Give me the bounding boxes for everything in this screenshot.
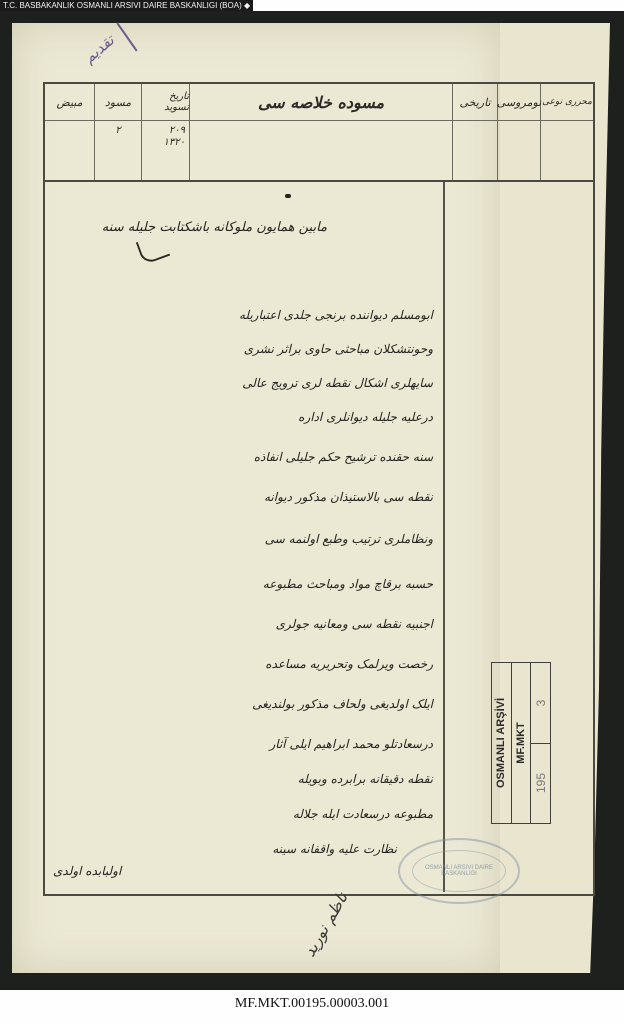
- column-label: مسود: [95, 84, 141, 121]
- letter-salutation: مابین همایون ملوکانه باشکتابت جلیله سنه: [102, 220, 327, 235]
- letter-line: وحونتشکلان مباحثی حاوی براثر نشری: [244, 342, 433, 356]
- column-value: [498, 121, 540, 129]
- stamp-col-fond: MF.MKT: [512, 663, 532, 823]
- paraf-mark-icon: [136, 233, 171, 265]
- letter-line: نقطه دقیقانه برابرده وبویله: [298, 772, 433, 786]
- column-label: تاریخی: [453, 84, 497, 121]
- document-reference-code: MF.MKT.00195.00003.001: [0, 996, 624, 1012]
- column-draft-date: تاریخ تسوید ۲۰۹ ۱۳۲۰: [142, 84, 190, 180]
- stamp-dosya-cell: 195: [531, 744, 550, 824]
- letter-line: ابومسلم دیواننده برنجی جلدی اعتباریله: [239, 308, 433, 322]
- archive-oval-seal: OSMANLI ARSIVI DAIRE BASKANLIGI: [398, 838, 520, 904]
- column-number: نومروسی: [498, 84, 541, 180]
- letter-line: سنه حقنده ترشیح حکم جلیلی انفاذه: [254, 450, 433, 464]
- stamp-gomlek: 3: [534, 699, 548, 706]
- letter-line: اولبابده اولدی: [53, 864, 121, 878]
- column-label: محرری نوعی: [541, 84, 593, 121]
- column-label: تاریخ تسوید: [142, 84, 189, 121]
- letter-line: درسعادتلو محمد ابراهیم ایلی آثار: [270, 737, 434, 751]
- seal-text: OSMANLI ARSIVI DAIRE BASKANLIGI: [413, 865, 505, 877]
- bullet-mark-icon: [285, 194, 291, 198]
- archive-header-banner: T.C. BASBAKANLIK OSMANLI ARSIVI DAIRE BA…: [0, 0, 253, 11]
- stamp-col-numbers: 3 195: [531, 663, 550, 823]
- stamp-dosya: 195: [534, 773, 548, 793]
- column-value: [541, 121, 593, 129]
- seal-inner-ring: OSMANLI ARSIVI DAIRE BASKANLIGI: [412, 850, 506, 892]
- archive-catalog-stamp: OSMANLI ARŞİVİ MF.MKT 3 195: [491, 662, 551, 824]
- letter-line: سایهلری اشکال نقطه لری ترویج عالی: [242, 376, 433, 390]
- stamp-col-title: OSMANLI ARŞİVİ: [492, 663, 512, 823]
- letter-line: رخصت ویرلمک وتحریریه مساعده: [265, 657, 433, 671]
- column-musevvid: مسود ۲: [95, 84, 142, 180]
- column-value: ۲۰۹ ۱۳۲۰: [142, 121, 189, 153]
- letter-line: اجنبیه نقطه سی ومعانیه جولری: [276, 617, 433, 631]
- letter-line: حسبه برقاچ مواد ومباحث مطبوعه: [263, 577, 433, 591]
- letter-text: مابین همایون ملوکانه باشکتابت جلیله سنه …: [51, 182, 437, 892]
- margin-divider: [443, 182, 445, 892]
- stamp-title: OSMANLI ARŞİVİ: [495, 698, 507, 788]
- form-header-table: مبیض مسود ۲ تاریخ تسوید ۲۰۹ ۱۳۲۰ مسوده خ…: [45, 84, 593, 182]
- form-title: مسوده خلاصه سی: [190, 84, 452, 121]
- letter-line: درعلیه جلیله دیوانلری اداره: [298, 410, 433, 424]
- column-value: [45, 121, 94, 129]
- letter-line: ایلک اولدیغی ولحاف مذکور بولندیغی: [252, 697, 433, 711]
- letter-line: ونظاملری ترتیب وطبع اولنمه سی: [265, 532, 433, 546]
- column-value: ۲: [95, 121, 141, 141]
- column-label: مبیض: [45, 84, 94, 121]
- column-mubeyyiz: مبیض: [45, 84, 95, 180]
- column-value: [190, 121, 452, 129]
- stamp-gomlek-cell: 3: [531, 663, 550, 744]
- letter-line: نقطه سی بالاستیذان مذکور دیوانه: [264, 490, 433, 504]
- archive-header-text: T.C. BASBAKANLIK OSMANLI ARSIVI DAIRE BA…: [3, 1, 250, 10]
- column-label: نومروسی: [498, 84, 540, 121]
- column-type: محرری نوعی: [541, 84, 593, 180]
- column-date: تاریخی: [453, 84, 498, 180]
- letter-line: مطبوعه درسعادت ایله جلاله: [293, 807, 433, 821]
- column-draft-summary: مسوده خلاصه سی: [190, 84, 453, 180]
- column-value: [453, 121, 497, 129]
- letter-line: نظارت علیه واقفانه سینه: [272, 842, 397, 856]
- stamp-fond: MF.MKT: [515, 722, 527, 764]
